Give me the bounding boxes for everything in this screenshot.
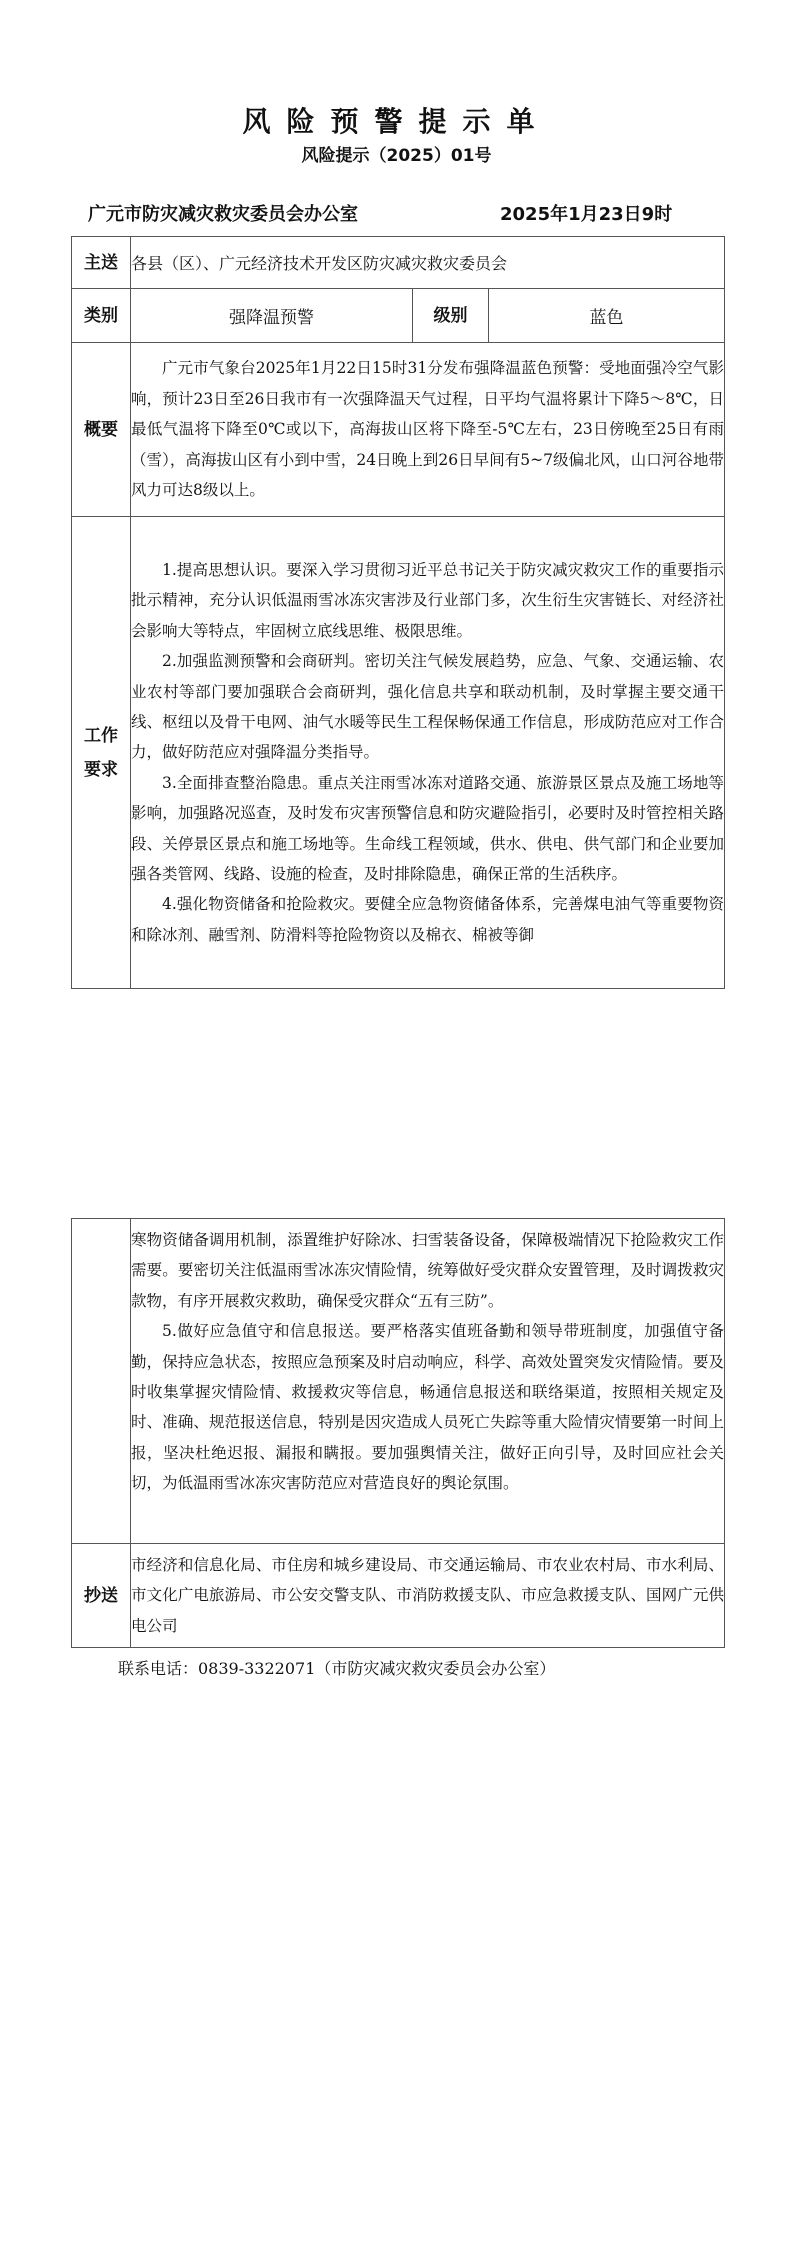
row-category: 类别 强降温预警 级别 蓝色 xyxy=(72,289,725,343)
summary-label: 概要 xyxy=(72,343,131,517)
recipients-value: 各县（区）、广元经济技术开发区防灾减灾救灾委员会 xyxy=(131,237,725,289)
category-value: 强降温预警 xyxy=(131,289,413,343)
requirement-item-4-continued: 寒物资储备调用机制，添置维护好除冰、扫雪装备设备，保障极端情况下抢险救灾工作需要… xyxy=(131,1225,724,1316)
requirements-label-continued xyxy=(72,1219,131,1544)
category-label: 类别 xyxy=(72,289,131,343)
issuer: 广元市防灾减灾救灾委员会办公室 xyxy=(88,200,358,226)
requirement-item-5: 5.做好应急值守和信息报送。要严格落实值班备勤和领导带班制度，加强值守备勤，保持… xyxy=(131,1316,724,1498)
row-cc: 抄送 市经济和信息化局、市住房和城乡建设局、市交通运输局、市农业农村局、市水利局… xyxy=(72,1544,725,1648)
contact-info: 联系电话：0839-3322071（市防灾减灾救灾委员会办公室） xyxy=(118,1656,555,1679)
warning-table-page1: 主送 各县（区）、广元经济技术开发区防灾减灾救灾委员会 类别 强降温预警 级别 … xyxy=(71,236,725,989)
requirements-label-line1: 工作 xyxy=(72,719,130,753)
requirements-continued-cell: 寒物资储备调用机制，添置维护好除冰、扫雪装备设备，保障极端情况下抢险救灾工作需要… xyxy=(131,1219,725,1544)
recipients-label: 主送 xyxy=(72,237,131,289)
requirements-cell: 1.提高思想认识。要深入学习贯彻习近平总书记关于防灾减灾救灾工作的重要指示批示精… xyxy=(131,517,725,989)
row-requirements-continued: 寒物资储备调用机制，添置维护好除冰、扫雪装备设备，保障极端情况下抢险救灾工作需要… xyxy=(72,1219,725,1544)
requirement-item-2: 2.加强监测预警和会商研判。密切关注气候发展趋势，应急、气象、交通运输、农业农村… xyxy=(131,646,724,768)
issue-date: 2025年1月23日9时 xyxy=(500,200,672,226)
row-requirements: 工作 要求 1.提高思想认识。要深入学习贯彻习近平总书记关于防灾减灾救灾工作的重… xyxy=(72,517,725,989)
warning-table-page2: 寒物资储备调用机制，添置维护好除冰、扫雪装备设备，保障极端情况下抢险救灾工作需要… xyxy=(71,1218,725,1648)
row-recipients: 主送 各县（区）、广元经济技术开发区防灾减灾救灾委员会 xyxy=(72,237,725,289)
document-title: 风险预警提示单 xyxy=(0,100,793,140)
requirement-item-4: 4.强化物资储备和抢险救灾。要健全应急物资储备体系，完善煤电油气等重要物资和除冰… xyxy=(131,889,724,950)
level-value: 蓝色 xyxy=(489,289,725,343)
requirement-item-3: 3.全面排查整治隐患。重点关注雨雪冰冻对道路交通、旅游景区景点及施工场地等影响，… xyxy=(131,768,724,890)
cc-label: 抄送 xyxy=(72,1544,131,1648)
level-label: 级别 xyxy=(413,289,489,343)
summary-text: 广元市气象台2025年1月22日15时31分发布强降温蓝色预警：受地面强冷空气影… xyxy=(131,353,724,505)
cc-cell: 市经济和信息化局、市住房和城乡建设局、市交通运输局、市农业农村局、市水利局、市文… xyxy=(131,1544,725,1648)
cc-value: 市经济和信息化局、市住房和城乡建设局、市交通运输局、市农业农村局、市水利局、市文… xyxy=(131,1550,724,1641)
row-summary: 概要 广元市气象台2025年1月22日15时31分发布强降温蓝色预警：受地面强冷… xyxy=(72,343,725,517)
document-number: 风险提示（2025）01号 xyxy=(0,141,793,166)
requirements-label-line2: 要求 xyxy=(72,753,130,787)
issuer-line: 广元市防灾减灾救灾委员会办公室 2025年1月23日9时 xyxy=(88,200,708,228)
requirement-item-1: 1.提高思想认识。要深入学习贯彻习近平总书记关于防灾减灾救灾工作的重要指示批示精… xyxy=(131,555,724,646)
requirements-label: 工作 要求 xyxy=(72,517,131,989)
summary-cell: 广元市气象台2025年1月22日15时31分发布强降温蓝色预警：受地面强冷空气影… xyxy=(131,343,725,517)
